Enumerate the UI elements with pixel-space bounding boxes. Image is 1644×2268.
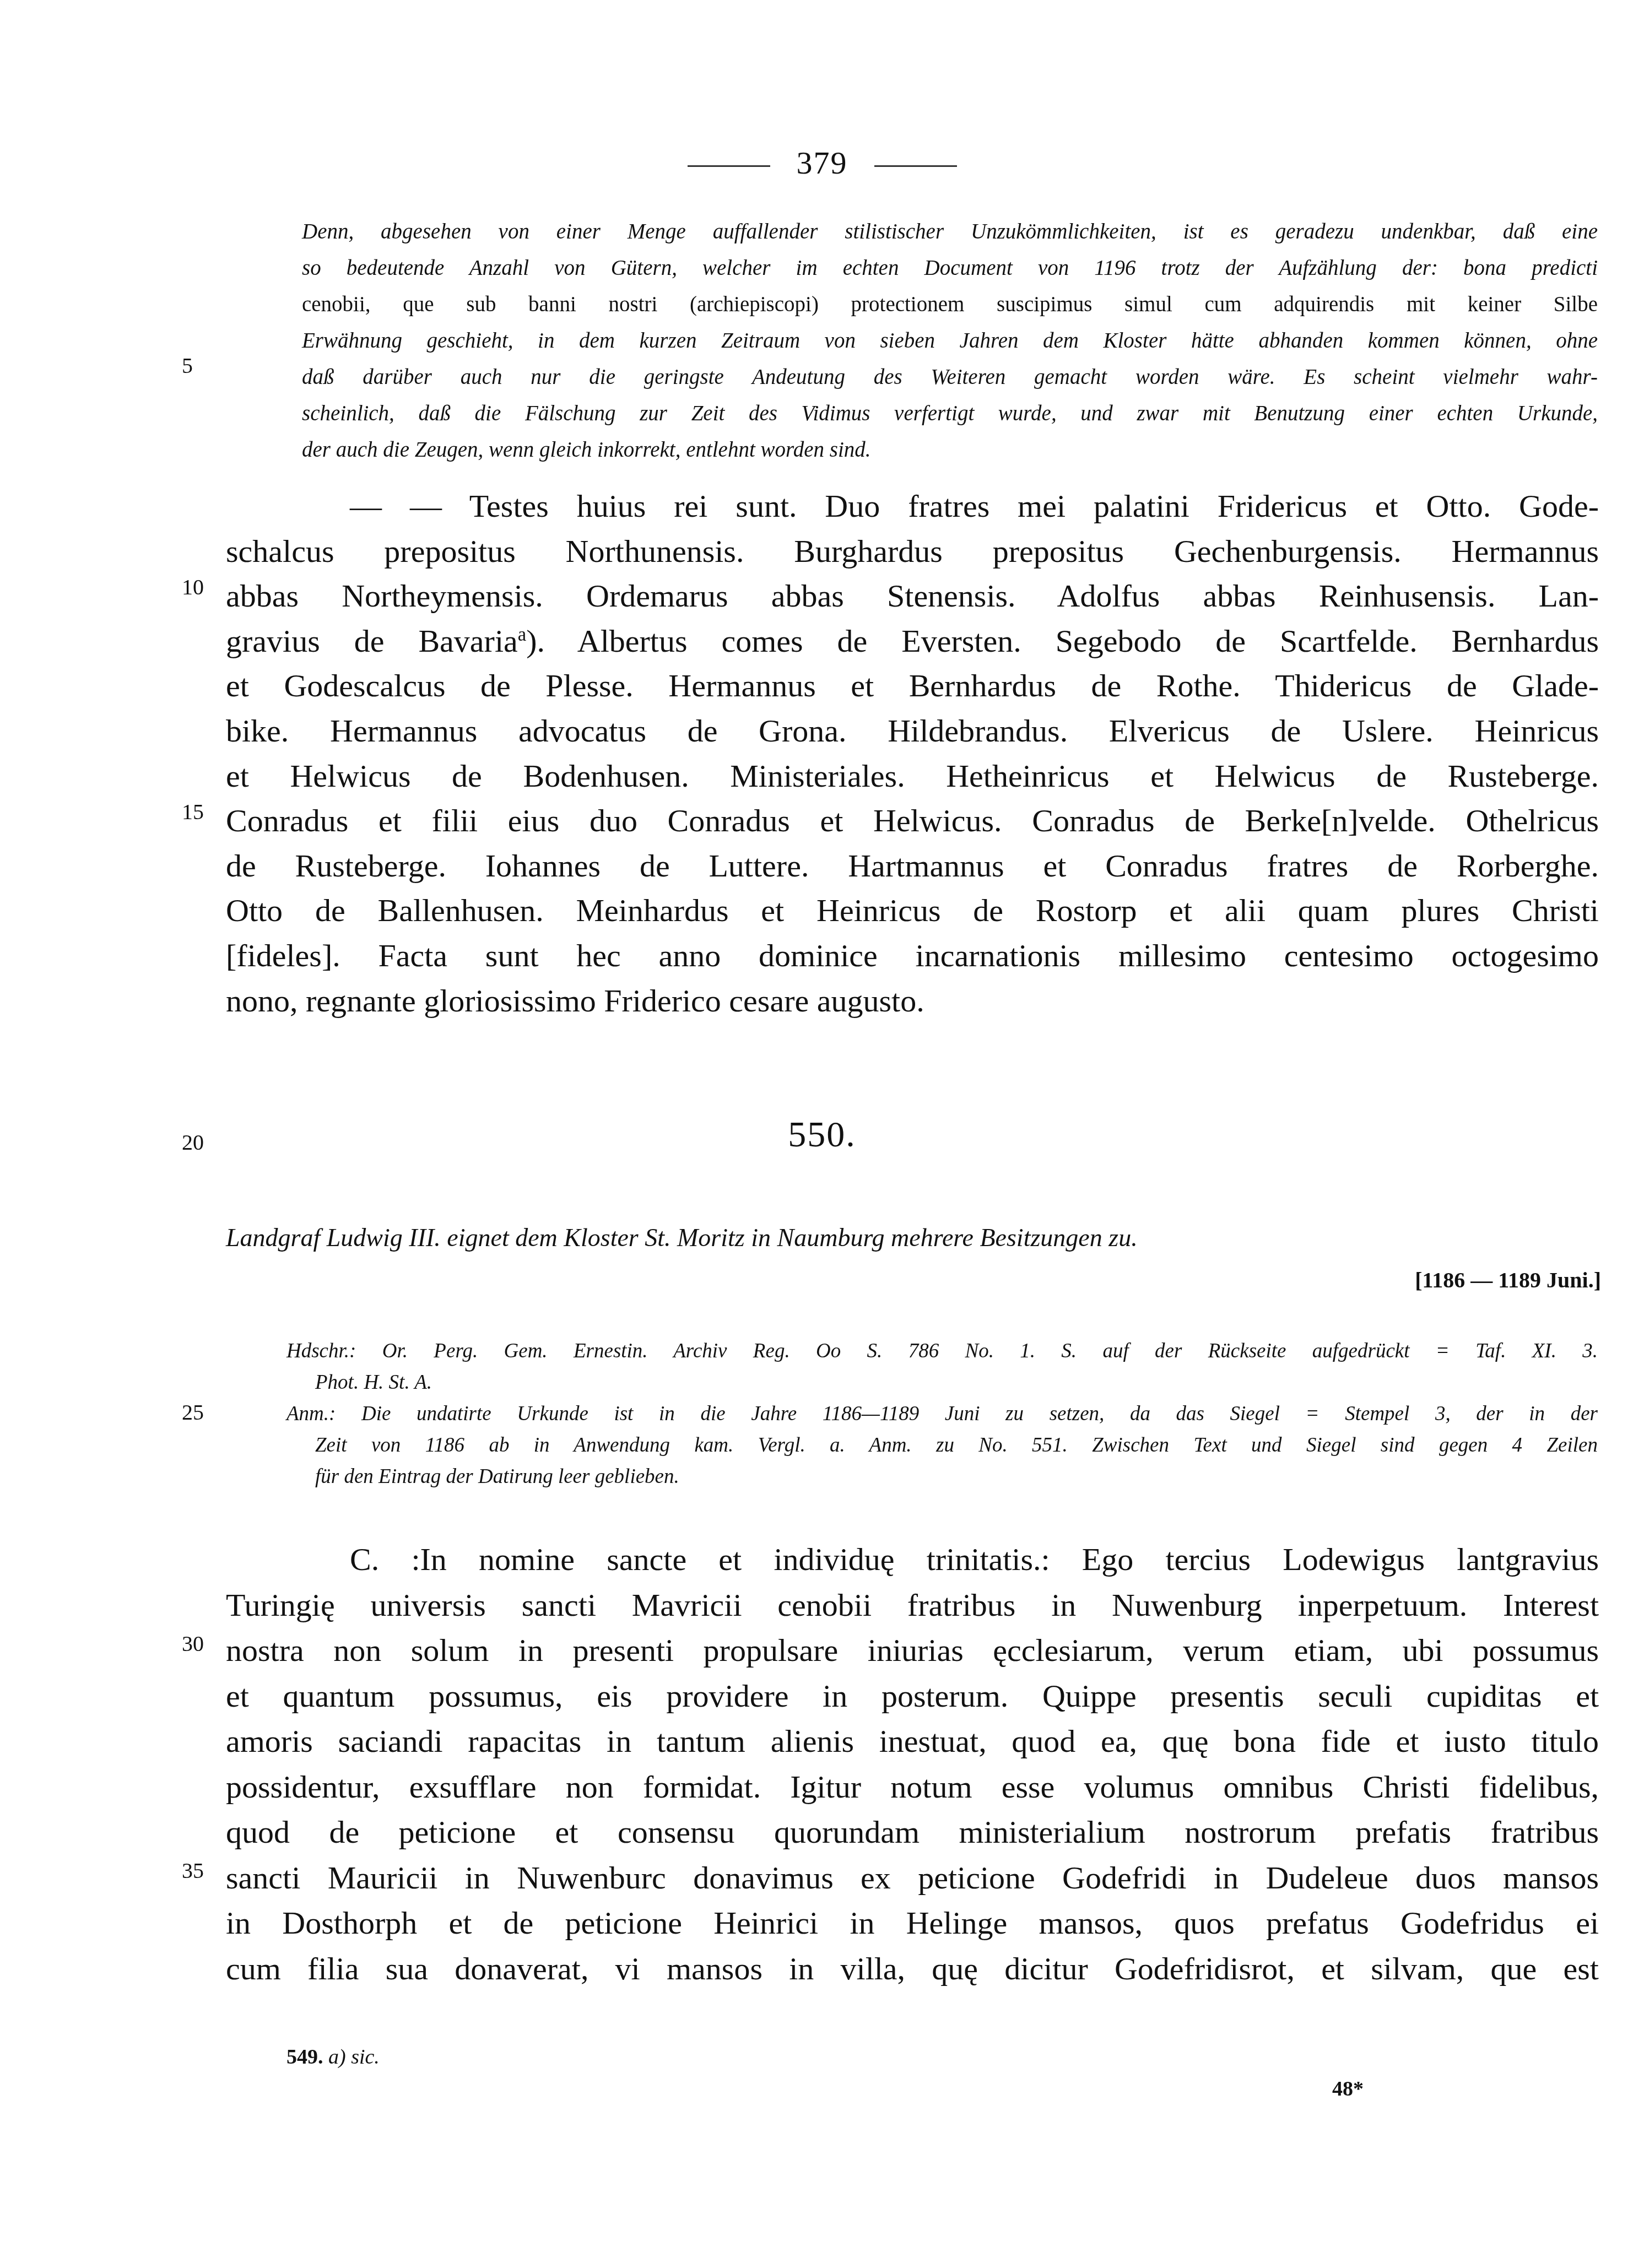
anm-note: für den Eintrag der Datirung leer geblie… <box>286 1461 1598 1492</box>
anm-note: Anm.: Die undatirte Urkunde ist in die J… <box>286 1398 1598 1430</box>
text-line: de Rusteberge. Iohannes de Luttere. Hart… <box>226 843 1599 889</box>
text-line: [fideles]. Facta sunt hec anno dominice … <box>226 933 1599 978</box>
text-line: amoris saciandi rapacitas in tantum alie… <box>226 1719 1599 1764</box>
text-line: in Dosthorph et de peticione Heinrici in… <box>226 1901 1599 1946</box>
header-rule-left <box>688 165 770 167</box>
text-line: Otto de Ballenhusen. Meinhardus et Heinr… <box>226 888 1599 933</box>
commentary-line: der auch die Zeugen, wenn gleich inkorre… <box>302 432 1598 468</box>
text-line: Turingię universis sancti Mavricii cenob… <box>226 1583 1599 1628</box>
apparatus-notes: Hdschr.: Or. Perg. Gem. Ernestin. Archiv… <box>286 1335 1598 1492</box>
charter-text: C. :In nomine sancte et individuę trinit… <box>226 1537 1599 1991</box>
document-number: 550. <box>0 1114 1644 1156</box>
text-line: sancti Mauricii in Nuwenburc donavimus e… <box>226 1855 1599 1901</box>
text-line: possidentur, exsufflare non formidat. Ig… <box>226 1764 1599 1810</box>
text-line: C. :In nomine sancte et individuę trinit… <box>226 1537 1599 1583</box>
document-date: [1186 — 1189 Juni.] <box>1415 1267 1601 1293</box>
line-number: 25 <box>182 1399 215 1425</box>
text-line: bike. Hermannus advocatus de Grona. Hild… <box>226 708 1599 754</box>
commentary-line: Erwähnung geschieht, in dem kurzen Zeitr… <box>302 323 1598 359</box>
text-line: quod de peticione et consensu quorundam … <box>226 1810 1599 1855</box>
hdschr-note: Phot. H. St. A. <box>286 1367 1598 1398</box>
document-regest-title: Landgraf Ludwig III. eignet dem Kloster … <box>226 1223 1598 1252</box>
text-line: — — Testes huius rei sunt. Duo fratres m… <box>226 484 1599 529</box>
line-number: 35 <box>182 1858 215 1883</box>
sheet-signature: 48* <box>1332 2077 1364 2101</box>
text-line: et quantum possumus, eis providere in po… <box>226 1674 1599 1719</box>
line-number: 30 <box>182 1631 215 1657</box>
commentary-line: Denn, abgesehen von einer Menge auffalle… <box>302 214 1598 250</box>
footnote-ref: 549. <box>286 2045 323 2069</box>
commentary-footnote: Denn, abgesehen von einer Menge auffalle… <box>302 214 1598 468</box>
text-line: cum filia sua donaverat, vi mansos in vi… <box>226 1946 1599 1992</box>
header-rule-right <box>874 165 957 167</box>
line-number: 5 <box>182 353 215 378</box>
text-line: schalcus prepositus Northunensis. Burgha… <box>226 529 1599 574</box>
page-number: 379 <box>797 145 848 181</box>
line-number: 15 <box>182 799 215 825</box>
page-header: 379 <box>0 144 1644 181</box>
hdschr-note: Hdschr.: Or. Perg. Gem. Ernestin. Archiv… <box>286 1335 1598 1367</box>
text-line: abbas Northeymensis. Ordemarus abbas Ste… <box>226 573 1599 619</box>
commentary-line: scheinlich, daß die Fälschung zur Zeit d… <box>302 396 1598 432</box>
commentary-line: so bedeutende Anzahl von Gütern, welcher… <box>302 250 1598 286</box>
footnote-mark: a <box>518 623 526 645</box>
witness-list: — — Testes huius rei sunt. Duo fratres m… <box>226 484 1599 1023</box>
line-number: 10 <box>182 574 215 600</box>
text-line: Conradus et filii eius duo Conradus et H… <box>226 798 1599 843</box>
footnote-549: 549. a) sic. <box>286 2045 380 2069</box>
commentary-line: cenobii, que sub banni nostri (archiepis… <box>302 286 1598 323</box>
text-line: nostra non solum in presenti propulsare … <box>226 1628 1599 1674</box>
footnote-text: a) sic. <box>328 2045 380 2069</box>
text-line: et Helwicus de Bodenhusen. Ministeriales… <box>226 754 1599 799</box>
text-line: gravius de Bavariaa). Albertus comes de … <box>226 619 1599 664</box>
anm-note: Zeit von 1186 ab in Anwendung kam. Vergl… <box>286 1430 1598 1461</box>
commentary-line: daß darüber auch nur die geringste Andeu… <box>302 359 1598 396</box>
text-line: et Godescalcus de Plesse. Hermannus et B… <box>226 663 1599 708</box>
text-line: nono, regnante gloriosissimo Friderico c… <box>226 978 1599 1024</box>
